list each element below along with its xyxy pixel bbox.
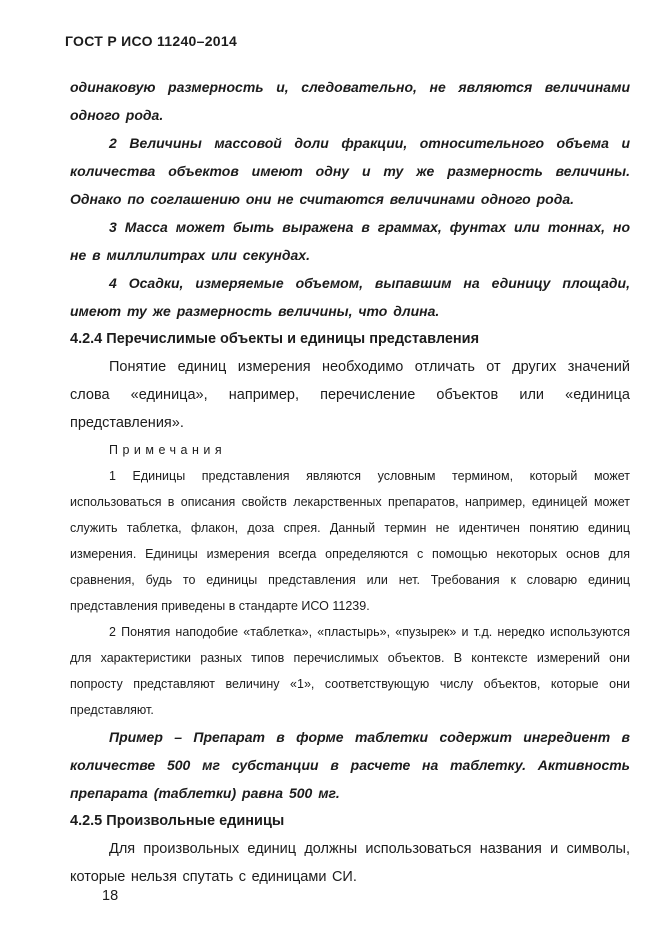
numbered-note-2: 2 Величины массовой доли фракции, относи… — [70, 129, 630, 213]
document-header: ГОСТ Р ИСО 11240–2014 — [65, 33, 237, 49]
document-body: одинаковую размерность и, следовательно,… — [70, 73, 630, 891]
notes-label: Примечания — [70, 437, 630, 463]
section-4-2-5-paragraph: Для произвольных единиц должны использов… — [70, 835, 630, 891]
section-heading-4-2-4: 4.2.4 Перечислимые объекты и единицы пре… — [70, 325, 630, 353]
continuation-paragraph: одинаковую размерность и, следовательно,… — [70, 73, 630, 129]
page-number: 18 — [102, 888, 118, 904]
numbered-note-4: 4 Осадки, измеряемые объемом, выпавшим н… — [70, 269, 630, 325]
section-4-2-4-paragraph: Понятие единиц измерения необходимо отли… — [70, 353, 630, 437]
note-2: 2 Понятия наподобие «таблетка», «пластыр… — [70, 619, 630, 723]
numbered-note-3: 3 Масса может быть выражена в граммах, ф… — [70, 213, 630, 269]
section-heading-4-2-5: 4.2.5 Произвольные единицы — [70, 807, 630, 835]
document-page: ГОСТ Р ИСО 11240–2014 одинаковую размерн… — [0, 0, 661, 935]
example-paragraph: Пример – Препарат в форме таблетки содер… — [70, 723, 630, 807]
note-1: 1 Единицы представления являются условны… — [70, 463, 630, 619]
